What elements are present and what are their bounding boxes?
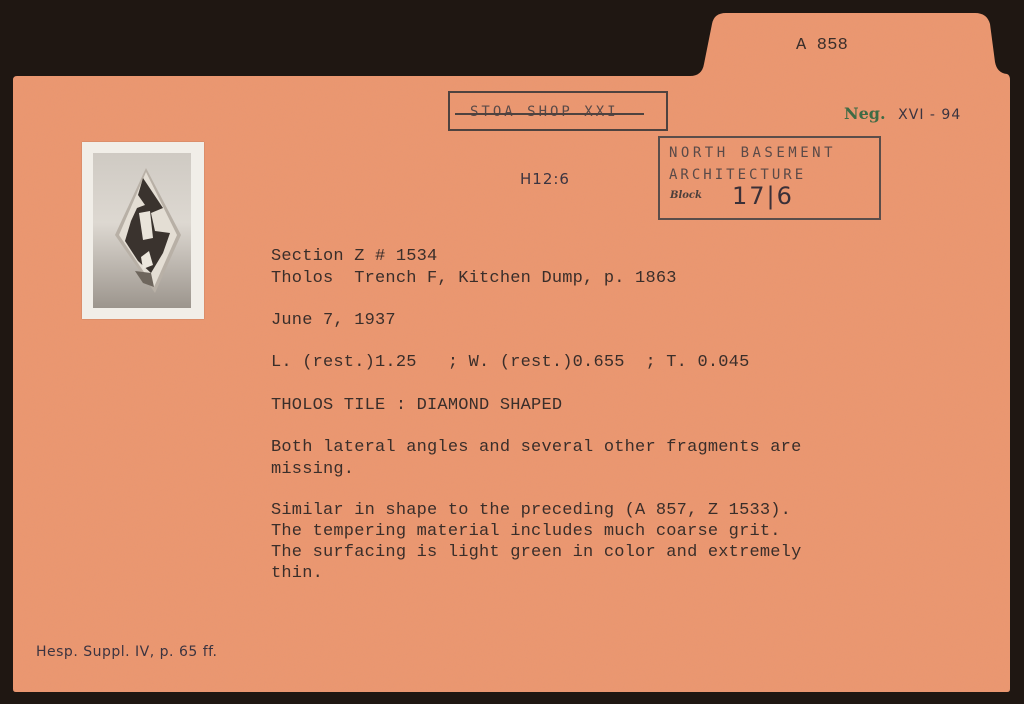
description-2-line-3: The surfacing is light green in color an… bbox=[271, 543, 802, 562]
strikethrough-line bbox=[455, 113, 644, 115]
stoa-shop-text: STOA SHOP XXI bbox=[470, 104, 619, 120]
diamond-tile-image bbox=[93, 153, 191, 308]
storage-location-stamp: NORTH BASEMENT ARCHITECTURE Block 17|6 bbox=[658, 136, 881, 220]
stoa-shop-stamp: STOA SHOP XXI bbox=[448, 91, 668, 131]
block-label: Block bbox=[670, 190, 702, 201]
neg-value: XVI - 94 bbox=[898, 107, 961, 123]
artifact-photo bbox=[82, 142, 204, 319]
dimensions: L. (rest.)1.25 ; W. (rest.)0.655 ; T. 0.… bbox=[271, 353, 749, 372]
description-2-line-1: Similar in shape to the preceding (A 857… bbox=[271, 501, 791, 520]
storage-line-1: NORTH BASEMENT bbox=[669, 145, 836, 161]
description-2-line-2: The tempering material includes much coa… bbox=[271, 522, 781, 541]
neg-label: Neg. bbox=[844, 104, 886, 123]
handwritten-reference: H12:6 bbox=[520, 170, 570, 188]
object-title: THOLOS TILE : DIAMOND SHAPED bbox=[271, 396, 562, 415]
storage-line-2: ARCHITECTURE bbox=[669, 167, 806, 183]
photo-image bbox=[93, 153, 191, 308]
block-value: 17|6 bbox=[732, 182, 794, 210]
description-1-line-2: missing. bbox=[271, 460, 354, 479]
findspot: Tholos Trench F, Kitchen Dump, p. 1863 bbox=[271, 269, 677, 288]
section-number: Section Z # 1534 bbox=[271, 247, 437, 266]
excavation-date: June 7, 1937 bbox=[271, 311, 396, 330]
description-1-line-1: Both lateral angles and several other fr… bbox=[271, 438, 802, 457]
catalog-number: A 858 bbox=[796, 36, 848, 55]
bibliography-reference: Hesp. Suppl. IV, p. 65 ff. bbox=[36, 644, 218, 660]
description-2-line-4: thin. bbox=[271, 564, 323, 583]
negative-number: Neg. XVI - 94 bbox=[844, 104, 961, 124]
